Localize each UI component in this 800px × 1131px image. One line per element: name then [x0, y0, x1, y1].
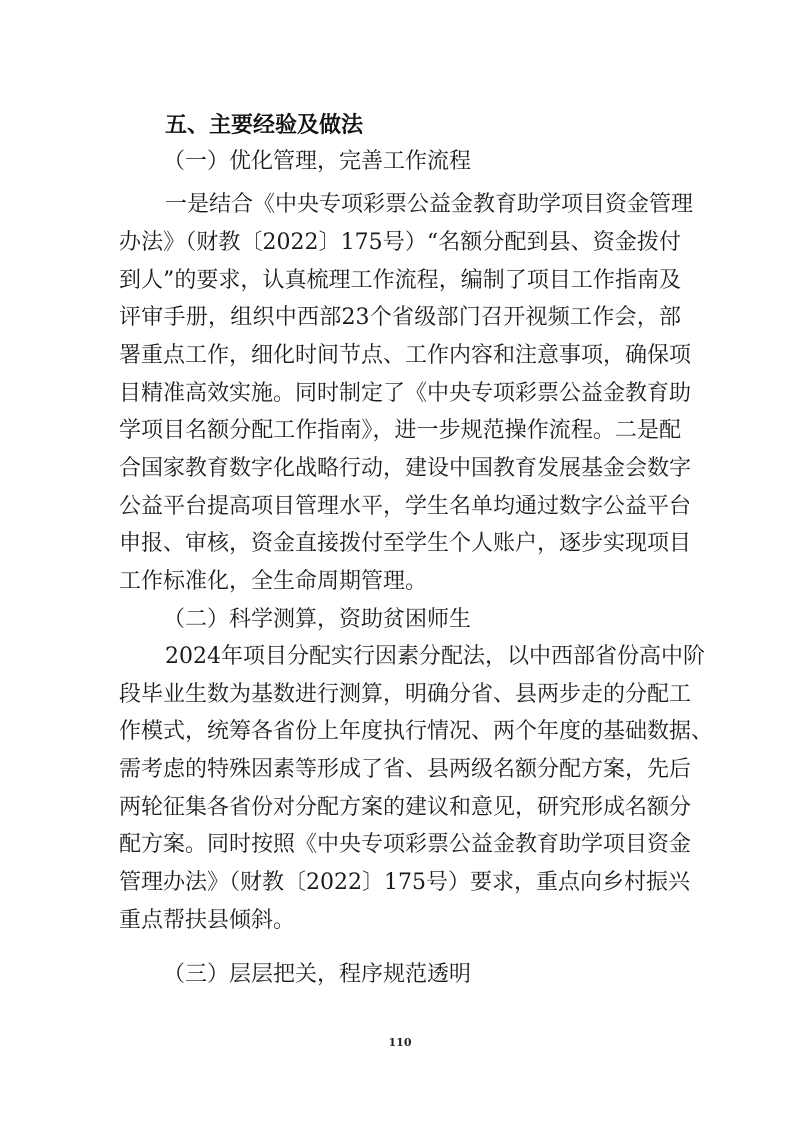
paragraph-line: 两轮征集各省份对分配方案的建议和意见，研究形成名额分: [119, 794, 681, 822]
paragraph-line: 一是结合《中央专项彩票公益金教育助学项目资金管理: [165, 191, 681, 219]
subsection-heading-2: （二）科学测算，资助贫困师生: [163, 606, 471, 634]
paragraph-line: 重点帮扶县倾斜。: [119, 907, 681, 935]
paragraph-line: 配方案。同时按照《中央专项彩票公益金教育助学项目资金: [119, 831, 681, 859]
paragraph-line: 学项目名额分配工作指南》，进一步规范操作流程。二是配: [119, 417, 681, 445]
document-page: 五、主要经验及做法 （一）优化管理，完善工作流程 一是结合《中央专项彩票公益金教…: [0, 0, 800, 1131]
section-heading: 五、主要经验及做法: [165, 112, 363, 140]
subsection-heading-1: （一）优化管理，完善工作流程: [163, 148, 471, 176]
paragraph-line: 署重点工作，细化时间节点、工作内容和注意事项，确保项: [119, 342, 681, 370]
subsection-heading-3: （三）层层把关，程序规范透明: [163, 961, 471, 989]
page-number: 110: [0, 1036, 800, 1049]
paragraph-line: 作模式，统筹各省份上年度执行情况、两个年度的基础数据、: [119, 718, 681, 746]
paragraph-line: 2024年项目分配实行因素分配法，以中西部省份高中阶: [165, 643, 681, 671]
paragraph-line: 评审手册，组织中西部23个省级部门召开视频工作会，部: [119, 304, 681, 332]
paragraph-line: 目精准高效实施。同时制定了《中央专项彩票公益金教育助: [119, 380, 681, 408]
paragraph-line: 到人”的要求，认真梳理工作流程，编制了项目工作指南及: [119, 267, 681, 295]
paragraph-line: 管理办法》（财教〔2022〕175号）要求，重点向乡村振兴: [119, 869, 681, 897]
paragraph-line: 办法》（财教〔2022〕175号）“名额分配到县、资金拨付: [119, 229, 681, 257]
paragraph-line: 合国家教育数字化战略行动，建设中国教育发展基金会数字: [119, 455, 681, 483]
paragraph-line: 需考虑的特殊因素等形成了省、县两级名额分配方案，先后: [119, 756, 681, 784]
paragraph-line: 工作标准化，全生命周期管理。: [119, 568, 681, 596]
paragraph-line: 申报、审核，资金直接拨付至学生个人账户，逐步实现项目: [119, 530, 681, 558]
paragraph-line: 段毕业生数为基数进行测算，明确分省、县两步走的分配工: [119, 681, 681, 709]
paragraph-line: 公益平台提高项目管理水平，学生名单均通过数字公益平台: [119, 493, 681, 521]
